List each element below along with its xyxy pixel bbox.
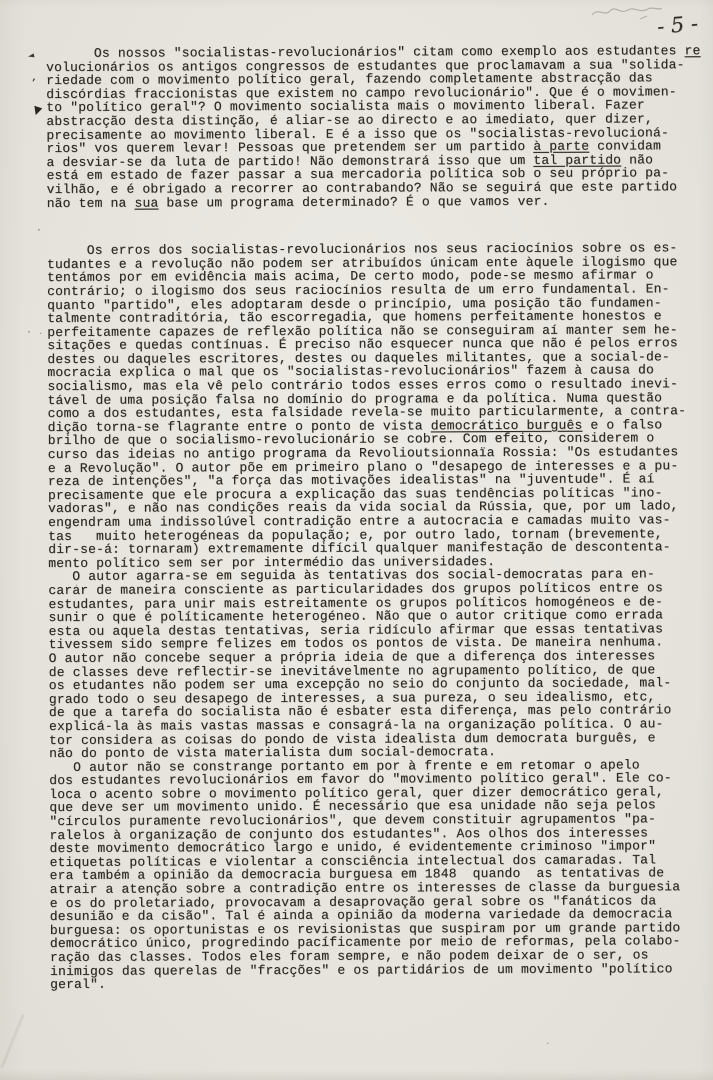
ink-mark: ’: [30, 78, 36, 91]
paragraph: O autor não se constrange portanto em po…: [49, 758, 706, 992]
text-segment: geral".: [50, 977, 106, 992]
text-line: inimigos das querelas de "fracções" e os…: [50, 962, 706, 978]
ink-mark: ·: [546, 1038, 550, 1049]
text-line: não tem na sua base um programa determin…: [47, 194, 703, 210]
underlined-text: sua: [134, 195, 158, 210]
ink-mark: ·: [27, 326, 31, 338]
pencil-scribble-icon: [590, 3, 664, 21]
ink-mark: ·: [75, 582, 78, 592]
ink-mark: ·: [39, 330, 42, 340]
paragraph: Os nossos "socialistas-revolucionários" …: [46, 44, 703, 210]
ink-mark: ▼: [32, 104, 43, 117]
scan-smudge: [0, 1014, 25, 1069]
text-segment: base um programa determinado? É o que va…: [158, 193, 549, 210]
scanned-page: - 5 - Os nossos "socialistas-revolucioná…: [0, 0, 713, 1080]
ink-mark: ·: [37, 224, 41, 236]
text-segment: não tem na: [47, 195, 135, 210]
text-segment: inimigos das querelas de "fracções" e os…: [50, 961, 673, 979]
paragraph: Os erros dos socialistas-revolucionários…: [47, 241, 704, 570]
underlined-text: re: [685, 43, 701, 58]
ink-mark: ◄: [27, 51, 35, 60]
paragraph: O autor agarra-se em seguida às tentativ…: [48, 568, 705, 761]
document-text: Os nossos "socialistas-revolucionários" …: [46, 44, 706, 992]
page-number: - 5 -: [656, 11, 699, 38]
